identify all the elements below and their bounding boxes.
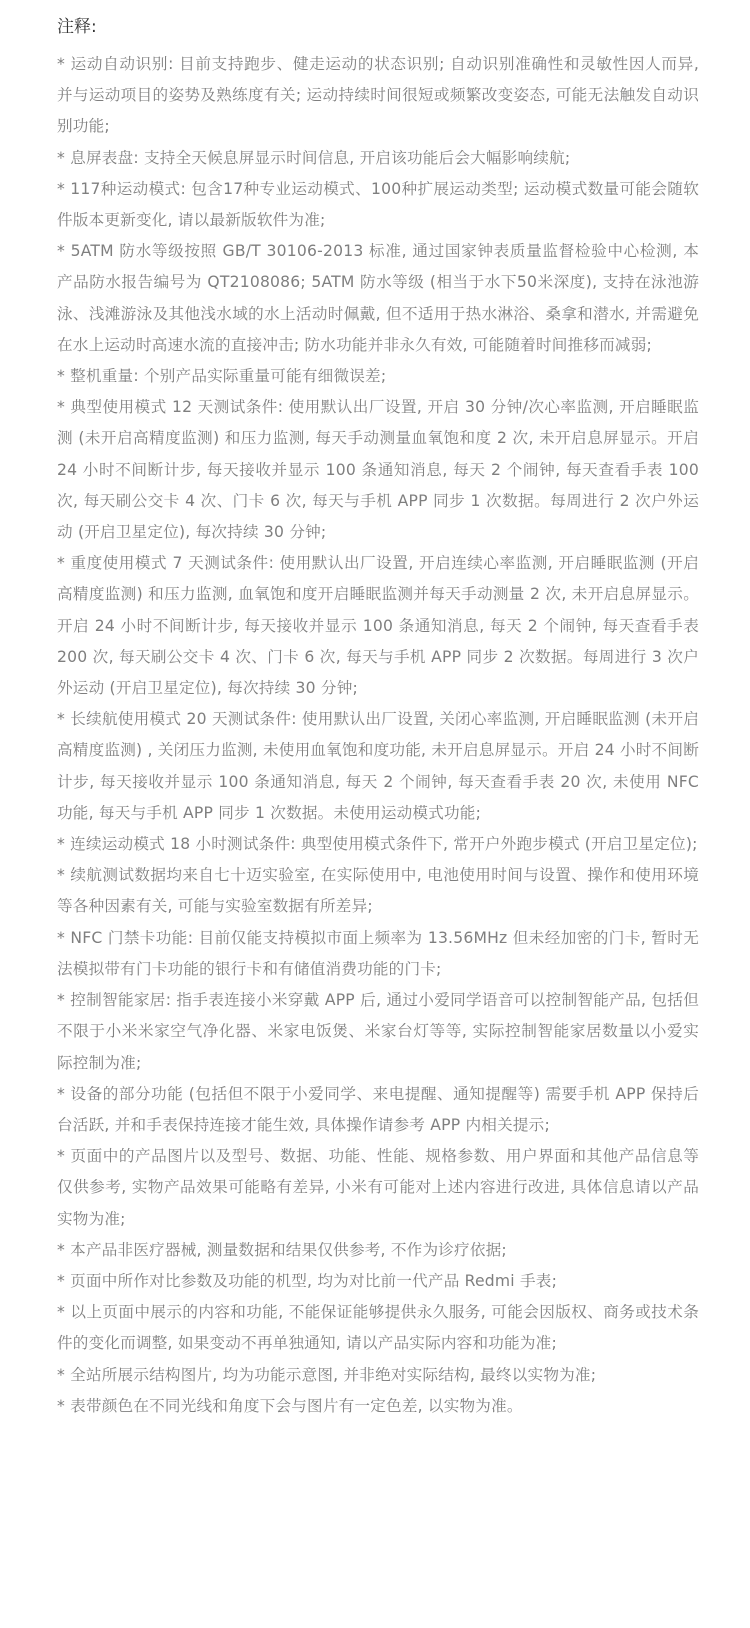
note-always-on-display: * 息屏表盘: 支持全天候息屏显示时间信息, 开启该功能后会大幅影响续航; xyxy=(57,143,699,174)
note-water-resistance: * 5ATM 防水等级按照 GB/T 30106-2013 标准, 通过国家钟表… xyxy=(57,236,699,361)
note-heavy-usage-test: * 重度使用模式 7 天测试条件: 使用默认出厂设置, 开启连续心率监测, 开启… xyxy=(57,548,699,704)
note-typical-usage-test: * 典型使用模式 12 天测试条件: 使用默认出厂设置, 开启 30 分钟/次心… xyxy=(57,392,699,548)
note-long-battery-test: * 长续航使用模式 20 天测试条件: 使用默认出厂设置, 关闭心率监测, 开启… xyxy=(57,704,699,829)
note-service-changes: * 以上页面中展示的内容和功能, 不能保证能够提供永久服务, 可能会因版权、商务… xyxy=(57,1297,699,1359)
note-smart-home-control: * 控制智能家居: 指手表连接小米穿戴 APP 后, 通过小爱同学语音可以控制智… xyxy=(57,985,699,1079)
note-comparison-model: * 页面中所作对比参数及功能的机型, 均为对比前一代产品 Redmi 手表; xyxy=(57,1266,699,1297)
note-product-images-reference: * 页面中的产品图片以及型号、数据、功能、性能、规格参数、用户界面和其他产品信息… xyxy=(57,1141,699,1235)
note-continuous-sport-test: * 连续运动模式 18 小时测试条件: 典型使用模式条件下, 常开户外跑步模式 … xyxy=(57,829,699,860)
note-sport-auto-recognition: * 运动自动识别: 目前支持跑步、健走运动的状态识别; 自动识别准确性和灵敏性因… xyxy=(57,49,699,143)
note-app-dependent-features: * 设备的部分功能 (包括但不限于小爱同学、来电提醒、通知提醒等) 需要手机 A… xyxy=(57,1079,699,1141)
notes-section: 注释: * 运动自动识别: 目前支持跑步、健走运动的状态识别; 自动识别准确性和… xyxy=(57,14,699,1422)
note-strap-color: * 表带颜色在不同光线和角度下会与图片有一定色差, 以实物为准。 xyxy=(57,1391,699,1422)
note-weight: * 整机重量: 个别产品实际重量可能有细微误差; xyxy=(57,361,699,392)
note-sport-modes: * 117种运动模式: 包含17种专业运动模式、100种扩展运动类型; 运动模式… xyxy=(57,174,699,236)
note-battery-lab-source: * 续航测试数据均来自七十迈实验室, 在实际使用中, 电池使用时间与设置、操作和… xyxy=(57,860,699,922)
note-structure-images: * 全站所展示结构图片, 均为功能示意图, 并非绝对实际结构, 最终以实物为准; xyxy=(57,1360,699,1391)
note-not-medical-device: * 本产品非医疗器械, 测量数据和结果仅供参考, 不作为诊疗依据; xyxy=(57,1235,699,1266)
note-nfc-access-card: * NFC 门禁卡功能: 目前仅能支持模拟市面上频率为 13.56MHz 但未经… xyxy=(57,923,699,985)
notes-title: 注释: xyxy=(57,14,699,40)
notes-list: * 运动自动识别: 目前支持跑步、健走运动的状态识别; 自动识别准确性和灵敏性因… xyxy=(57,49,699,1422)
